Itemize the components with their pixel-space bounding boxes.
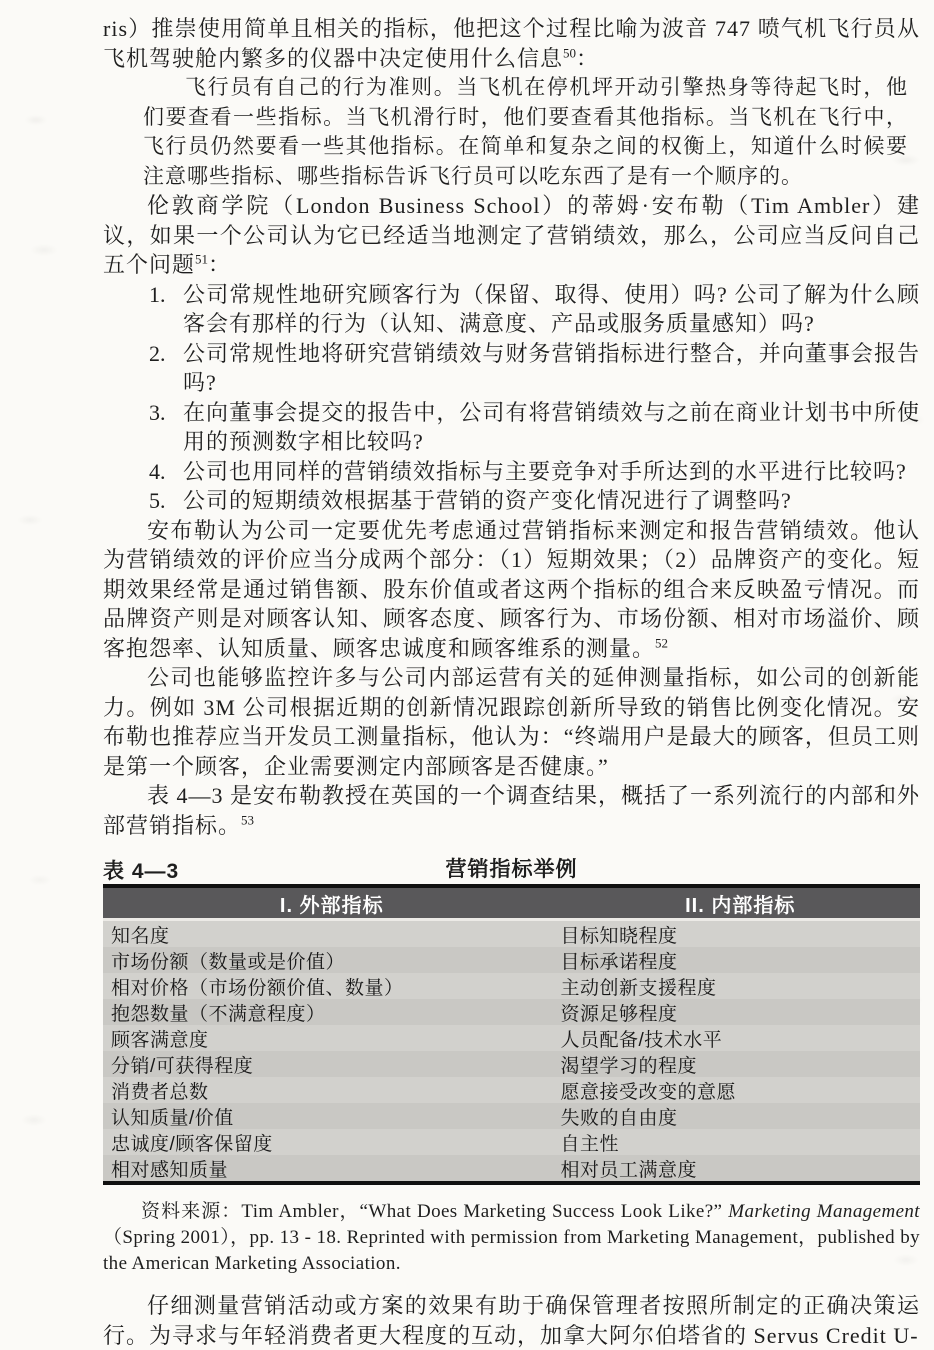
table-cell: 目标承诺程度 (561, 947, 920, 974)
list-item: 5.公司的短期绩效根据基于营销的资产变化情况进行了调整吗? (103, 486, 920, 516)
table-cell: 知名度 (103, 921, 561, 948)
table-cell: 分销/可获得程度 (103, 1051, 561, 1078)
source-journal-italic: Marketing Management (728, 1201, 920, 1222)
source-text: Tim Ambler，“What Does Marketing Success … (241, 1201, 728, 1222)
table-cell: 相对员工满意度 (561, 1155, 920, 1182)
source-text: （Spring 2001），pp. 13 - 18. Reprinted wit… (103, 1227, 920, 1274)
book-page: ris）推崇使用简单且相关的指标，他把这个过程比喻为波音 747 喷气机飞行员从… (0, 0, 934, 1350)
paragraph-text: 表 4—3 是安布勒教授在英国的一个调查结果，概括了一系列流行的内部和外部营销指… (103, 783, 920, 838)
table-cell: 资源足够程度 (561, 999, 920, 1026)
table-cell: 人员配备/技术水平 (561, 1025, 920, 1052)
paragraph-text: 仔细测量营销活动或方案的效果有助于确保管理者按照所制定的正确决策运行。为寻求与年… (103, 1293, 920, 1348)
list-text: 公司常规性地将研究营销绩效与财务营销指标进行整合，并向董事会报告吗? (183, 341, 920, 396)
table-cell: 渴望学习的程度 (561, 1051, 920, 1078)
list-item: 2.公司常规性地将研究营销绩效与财务营销指标进行整合，并向董事会报告吗? (103, 339, 920, 398)
paragraph-text: 公司也能够监控许多与公司内部运营有关的延伸测量指标，如公司的创新能力。例如 3M… (103, 665, 920, 779)
table-4-3: 表 4—3 营销指标举例 I. 外部指标 II. 内部指标 知名度目标知晓程度 … (103, 852, 920, 1185)
table-source-note: 资料来源：Tim Ambler，“What Does Marketing Suc… (103, 1199, 920, 1277)
list-text: 公司也用同样的营销绩效指标与主要竞争对手所达到的水平进行比较吗? (183, 459, 907, 484)
list-text: 在向董事会提交的报告中，公司有将营销绩效与之前在商业计划书中所使用的预测数字相比… (183, 400, 920, 455)
list-item: 1.公司常规性地研究顾客行为（保留、取得、使用）吗? 公司了解为什么顾客会有那样… (103, 280, 920, 339)
footnote-ref-53: 53 (241, 812, 254, 827)
table-cell: 抱怨数量（不满意程度） (103, 999, 561, 1026)
table-header-external: I. 外部指标 (103, 889, 561, 918)
table-row: 消费者总数愿意接受改变的意愿 (103, 1077, 920, 1103)
paragraph-ambler-two-parts: 安布勒认为公司一定要优先考虑通过营销指标来测定和报告营销绩效。他认为营销绩效的评… (103, 516, 920, 664)
block-quote-pilot: 飞行员有自己的行为准则。当飞机在停机坪开动引擎热身等待起飞时，他们要查看一些指标… (143, 73, 908, 191)
table-row: 知名度目标知晓程度 (103, 921, 920, 947)
table-cell: 市场份额（数量或是价值） (103, 947, 561, 974)
paragraph-pilot-metaphor: ris）推崇使用简单且相关的指标，他把这个过程比喻为波音 747 喷气机飞行员从… (103, 14, 920, 73)
table-cell: 顾客满意度 (103, 1025, 561, 1052)
table-row: 相对感知质量相对员工满意度 (103, 1155, 920, 1181)
table-caption: 表 4—3 营销指标举例 (103, 852, 920, 884)
table-cell: 愿意接受改变的意愿 (561, 1077, 920, 1104)
paragraph-text: ris）推崇使用简单且相关的指标，他把这个过程比喻为波音 747 喷气机飞行员从… (103, 16, 920, 71)
five-questions-list: 1.公司常规性地研究顾客行为（保留、取得、使用）吗? 公司了解为什么顾客会有那样… (103, 280, 920, 516)
paragraph-internal-metrics: 公司也能够监控许多与公司内部运营有关的延伸测量指标，如公司的创新能力。例如 3M… (103, 663, 920, 781)
table-cell: 认知质量/价值 (103, 1103, 561, 1130)
table-row: 顾客满意度人员配备/技术水平 (103, 1025, 920, 1051)
table-row: 市场份额（数量或是价值）目标承诺程度 (103, 947, 920, 973)
table-body: 知名度目标知晓程度 市场份额（数量或是价值）目标承诺程度 相对价格（市场份额价值… (103, 921, 920, 1185)
list-text: 公司的短期绩效根据基于营销的资产变化情况进行了调整吗? (183, 488, 792, 513)
table-row: 抱怨数量（不满意程度）资源足够程度 (103, 999, 920, 1025)
paragraph-tail: ： (576, 46, 599, 71)
list-number: 2. (149, 339, 181, 369)
footnote-ref-50: 50 (563, 45, 576, 60)
table-header-row: I. 外部指标 II. 内部指标 (103, 884, 920, 921)
table-cell: 主动创新支援程度 (561, 973, 920, 1000)
table-cell: 目标知晓程度 (561, 921, 920, 948)
table-cell: 忠诚度/顾客保留度 (103, 1129, 561, 1156)
list-number: 4. (149, 457, 181, 487)
list-text: 公司常规性地研究顾客行为（保留、取得、使用）吗? 公司了解为什么顾客会有那样的行… (183, 282, 920, 337)
table-row: 分销/可获得程度渴望学习的程度 (103, 1051, 920, 1077)
table-cell: 失败的自由度 (561, 1103, 920, 1130)
table-cell: 相对感知质量 (103, 1155, 561, 1182)
table-title: 营销指标举例 (446, 853, 578, 883)
list-item: 4.公司也用同样的营销绩效指标与主要竞争对手所达到的水平进行比较吗? (103, 457, 920, 487)
footnote-ref-52: 52 (655, 635, 668, 650)
table-header-internal: II. 内部指标 (561, 889, 920, 918)
page-content: ris）推崇使用简单且相关的指标，他把这个过程比喻为波音 747 喷气机飞行员从… (103, 14, 920, 1350)
paragraph-ambler-intro: 伦敦商学院（London Business School）的蒂姆·安布勒（Tim… (103, 191, 920, 280)
list-item: 3.在向董事会提交的报告中，公司有将营销绩效与之前在商业计划书中所使用的预测数字… (103, 398, 920, 457)
list-number: 3. (149, 398, 181, 428)
table-label: 表 4—3 (103, 855, 179, 885)
list-number: 5. (149, 486, 181, 516)
paragraph-closing: 仔细测量营销活动或方案的效果有助于确保管理者按照所制定的正确决策运行。为寻求与年… (103, 1291, 920, 1350)
table-cell: 消费者总数 (103, 1077, 561, 1104)
paragraph-text: 安布勒认为公司一定要优先考虑通过营销指标来测定和报告营销绩效。他认为营销绩效的评… (103, 518, 920, 661)
table-row: 认知质量/价值失败的自由度 (103, 1103, 920, 1129)
footnote-ref-51: 51 (195, 252, 208, 267)
table-cell: 自主性 (561, 1129, 920, 1156)
paragraph-table-intro: 表 4—3 是安布勒教授在英国的一个调查结果，概括了一系列流行的内部和外部营销指… (103, 781, 920, 840)
list-number: 1. (149, 280, 181, 310)
table-row: 忠诚度/顾客保留度自主性 (103, 1129, 920, 1155)
table-row: 相对价格（市场份额价值、数量）主动创新支援程度 (103, 973, 920, 999)
paragraph-tail: ： (208, 252, 231, 277)
table-cell: 相对价格（市场份额价值、数量） (103, 973, 561, 1000)
source-label: 资料来源： (141, 1201, 241, 1222)
